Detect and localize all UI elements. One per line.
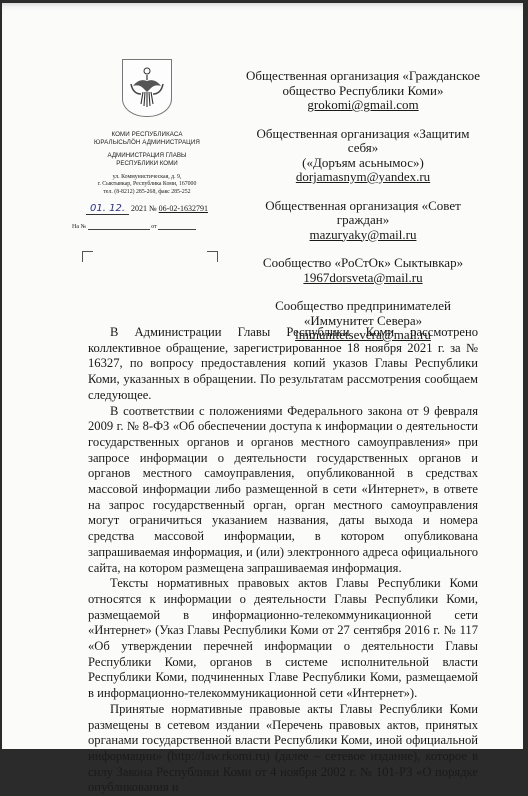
recipient-email: mazuryaky@mail.ru — [244, 228, 482, 243]
recipient: Общественная организация «Гражданское об… — [244, 69, 482, 113]
reference-date-blank — [158, 222, 196, 230]
registration-year: 2021 — [131, 204, 147, 213]
recipient: Сообщество «РоСтОк» Сыктывкар» 1967dorsv… — [244, 256, 482, 285]
org-name-komi: КОМИ РЕСПУБЛИКАСА ЮРАЛЫСЬЛÖН АДМИНИСТРАЦ… — [72, 131, 222, 147]
komi-coat-of-arms-icon — [122, 59, 172, 117]
reference-line: На № от — [72, 222, 222, 230]
address-corner-right — [207, 251, 218, 262]
sender-address: ул. Коммунистическая, д. 9, г. Сыктывкар… — [72, 174, 222, 196]
org-name-russian: АДМИНИСТРАЦИЯ ГЛАВЫ РЕСПУБЛИКИ КОМИ — [72, 152, 222, 168]
reference-number-blank — [88, 222, 150, 230]
recipient-email: dorjamasnym@yandex.ru — [244, 170, 482, 185]
recipient-list: Общественная организация «Гражданское об… — [244, 69, 482, 357]
sender-block: КОМИ РЕСПУБЛИКАСА ЮРАЛЫСЬЛÖН АДМИНИСТРАЦ… — [72, 59, 222, 230]
body-paragraph: В Администрации Главы Республики Коми ра… — [88, 325, 478, 404]
recipient-email: grokomi@gmail.com — [244, 98, 482, 113]
body-paragraph: Принятые нормативные правовые акты Главы… — [88, 702, 478, 749]
letter-body: В Администрации Главы Республики Коми ра… — [88, 325, 478, 749]
address-corner-left — [82, 251, 93, 262]
body-paragraph: Тексты нормативных правовых актов Главы … — [88, 576, 478, 702]
recipient: Общественная организация «Защитим себя» … — [244, 127, 482, 185]
handwritten-date: 01. 12. — [86, 203, 129, 215]
number-label: № — [149, 204, 157, 213]
registration-number: 06-02-1632791 — [159, 204, 208, 213]
recipient: Общественная организация «Совет граждан»… — [244, 199, 482, 243]
body-paragraph: В соответствии с положениями Федеральног… — [88, 404, 478, 577]
registration-line: 01. 12. 2021 № 06-02-1632791 — [72, 203, 222, 214]
letter-page: КОМИ РЕСПУБЛИКАСА ЮРАЛЫСЬЛÖН АДМИНИСТРАЦ… — [2, 3, 523, 749]
recipient-email: 1967dorsveta@mail.ru — [244, 271, 482, 286]
